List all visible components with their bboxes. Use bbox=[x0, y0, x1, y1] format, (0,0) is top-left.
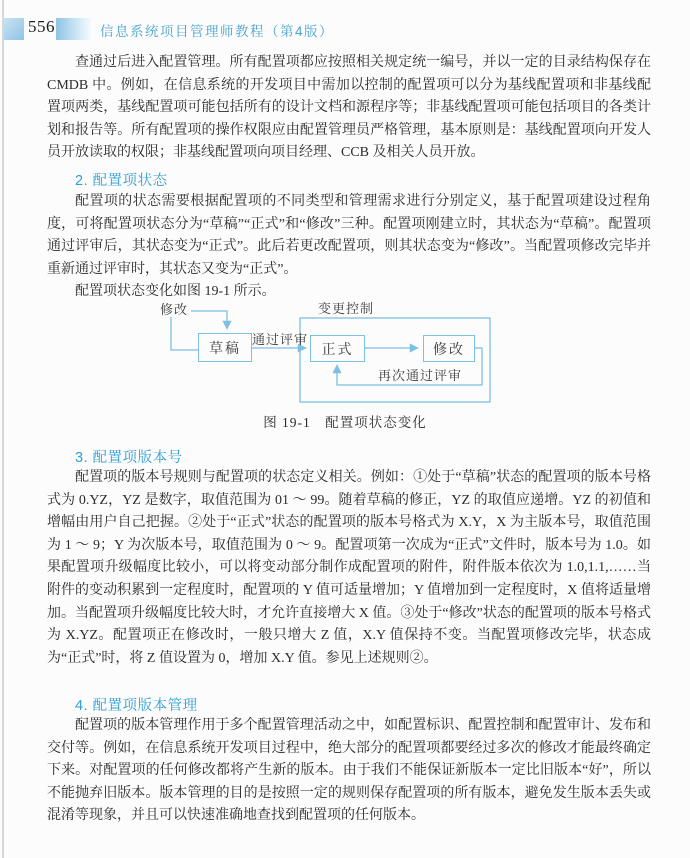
diagram-node-formal: 正式 bbox=[310, 335, 365, 362]
header-decor-square bbox=[4, 18, 24, 40]
figure-caption: 图 19-1 配置项状态变化 bbox=[0, 411, 690, 431]
diagram-label-modify-loop: 修改 bbox=[160, 303, 188, 317]
figure-19-1-diagram: 修改 通过评审 变更控制 再次通过评审 草稿 正式 修改 bbox=[0, 298, 690, 408]
diagram-label-change-control: 变更控制 bbox=[318, 302, 374, 316]
diagram-node-draft: 草稿 bbox=[198, 333, 252, 362]
intro-paragraph: 查通过后进入配置管理。所有配置项都应按照相关规定统一编号，并以一定的目录结构保存… bbox=[47, 52, 651, 165]
section4-paragraph: 配置项的版本管理作用于多个配置管理活动之中，如配置标识、配置控制和配置审计、发布… bbox=[47, 715, 651, 828]
book-title: 信息系统项目管理师教程（第4版） bbox=[100, 20, 334, 40]
page-number: 556 bbox=[28, 17, 55, 37]
diagram-label-pass-review-again: 再次通过评审 bbox=[378, 369, 462, 383]
section-heading-2: 2. 配置项状态 bbox=[75, 169, 168, 190]
diagram-node-modified: 修改 bbox=[423, 335, 475, 362]
section2-paragraph: 配置项的状态需要根据配置项的不同类型和管理需求进行分别定义，基于配置项建设过程角… bbox=[47, 191, 651, 281]
header-decor-gradient-block bbox=[56, 18, 91, 40]
section-heading-4: 4. 配置项版本管理 bbox=[75, 694, 198, 715]
section3-paragraph: 配置项的版本号规则与配置项的状态定义相关。例如：①处于“草稿”状态的配置项的版本… bbox=[47, 467, 651, 670]
diagram-label-pass-review: 通过评审 bbox=[252, 333, 308, 347]
section-heading-3: 3. 配置项版本号 bbox=[75, 446, 183, 467]
